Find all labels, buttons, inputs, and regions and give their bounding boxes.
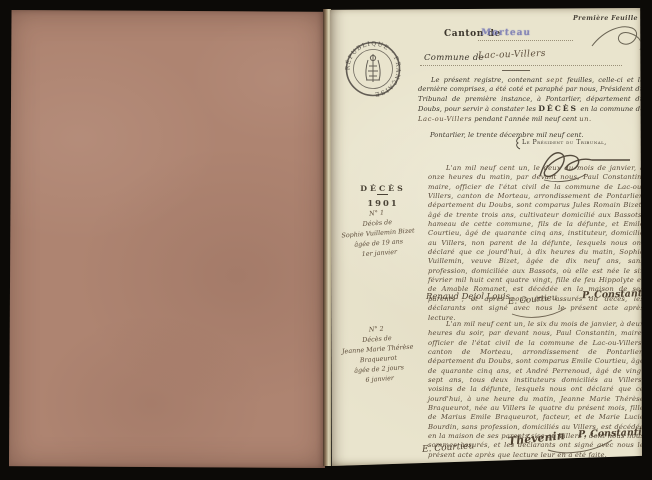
page-gutter-edge (323, 9, 331, 466)
attestation-part4: pendant l'année mil neuf cent (474, 115, 577, 123)
brace-flourish (514, 136, 522, 150)
commune-underline (420, 65, 622, 66)
dateline: Pontarlier, le trente décembre mil neuf … (430, 131, 584, 139)
deces-word: DÉCÈS (538, 104, 578, 113)
register-first-page: Première Feuille Canton de Morteau RÉPUB… (330, 8, 642, 466)
signature: P. Constantin (582, 288, 652, 301)
attestation-paragraph: Le présent registre, contenant sept feui… (418, 76, 644, 124)
president-label: Le Président du Tribunal, (522, 139, 607, 146)
attestation-part3: en la commune de (580, 105, 644, 113)
signature-flourish-record-2 (546, 436, 616, 456)
signature: Renaud Dejol Louis (426, 292, 510, 302)
canton-stamp-value: Morteau (481, 28, 532, 38)
commune-short-rule (502, 70, 530, 71)
republique-francaise-seal-icon: RÉPUBLIQUE · FRANÇAISE · (344, 40, 402, 98)
margin-deces-rule (377, 194, 388, 195)
commune-label: Commune de (424, 53, 484, 63)
margin-note-record-1: N° 1 Décès de Sophie Vuillemin Bizet âgé… (324, 204, 431, 261)
attestation-part1: Le présent registre, contenant (431, 76, 542, 84)
commune-handwritten-value: Lac-ou-Villers (478, 49, 546, 61)
register-cover (9, 10, 325, 468)
scanned-register-photo: { "colors": { "background": "#0c0a07", "… (0, 0, 652, 480)
handwritten-year: un. (579, 115, 591, 123)
canton-underline (478, 40, 573, 41)
handwritten-commune: Lac-ou-Villers (418, 115, 472, 123)
handwritten-sheet-count: sept (546, 76, 563, 84)
margin-deces-title: DÉCÈS (354, 184, 412, 193)
signature-flourish-record-1 (510, 304, 570, 320)
margin-note-record-2: N° 2 Décès de Jeanne Marie Thérèse Braqu… (324, 320, 432, 387)
folio-flourish-mark (588, 20, 648, 54)
